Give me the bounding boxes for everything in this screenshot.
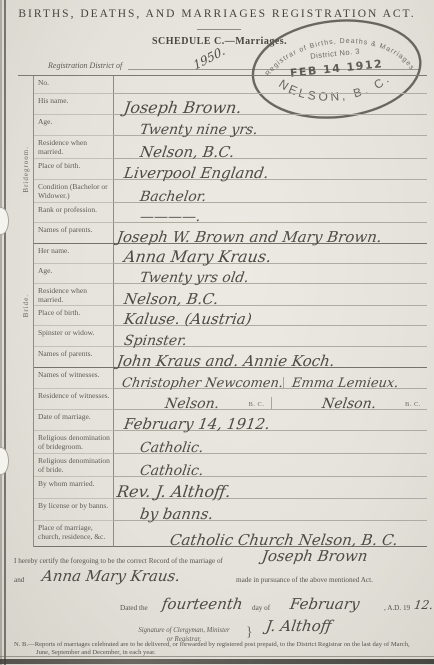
form-row-license-or-banns: By license or by banns. by banns. (18, 499, 427, 521)
row-label: By whom married. (34, 477, 114, 499)
form-row-profession: Rank or profession. ————. (18, 203, 427, 223)
row-label: Place of marriage, church, residence, &c… (34, 521, 114, 547)
and-label: and (14, 576, 24, 584)
row-value: John Kraus and. Annie Koch. (113, 354, 336, 369)
row-value: Liverpool England. (113, 166, 270, 181)
row-label: Residence of witnesses. (34, 389, 114, 410)
registrar-signature: J. Althoff (265, 619, 332, 634)
row-value: by banns. (113, 507, 214, 522)
row-label: Residence when married. (34, 284, 114, 306)
row-label: Her name. (34, 244, 114, 264)
dated-year: 12. (413, 599, 434, 611)
form-row-her-age: Age. Twenty yrs old. (18, 264, 427, 284)
certified-groom-name: Joseph Brown (261, 549, 368, 564)
form-row-marriage-place: Place of marriage, church, residence, &c… (18, 521, 427, 547)
row-label: Date of marriage. (34, 410, 114, 431)
scan-edge-outer (0, 0, 2, 665)
witness2-residence: Nelson. (321, 397, 377, 411)
witness1-residence: Nelson. (164, 397, 220, 411)
row-label: His name. (34, 94, 114, 115)
row-label: Names of witnesses. (34, 368, 114, 389)
dated-day: fourteenth (161, 597, 244, 612)
form-row-by-whom-married: By whom married. Rev. J. Althoff. (18, 477, 427, 499)
signature-brace: } (246, 625, 253, 641)
row-value: Kaluse. (Austria) (113, 312, 253, 327)
form-row-her-residence: Residence when married. Nelson, B.C. (18, 284, 427, 306)
stamp-district: District No. 3 (310, 47, 361, 61)
marriage-form-table: Bridegroom. Bride. No. His name. Joseph … (18, 75, 427, 547)
row-value: Twenty yrs old. (113, 271, 250, 285)
title-rule (197, 29, 241, 30)
row-label: Religious denomination of bridegroom. (34, 431, 114, 454)
witness1-province: B. C. (248, 401, 264, 408)
row-value: Joseph Brown. (113, 100, 243, 116)
scan-edge-bottom (0, 659, 434, 664)
certify-text: I hereby certify the foregoing to be the… (14, 557, 223, 565)
day-of-label: day of (252, 604, 270, 612)
row-value: February 14, 1912. (113, 417, 271, 432)
form-row-witness-names: Names of witnesses. Christopher Newcomen… (18, 368, 427, 389)
row-label: Spinster or widow. (34, 326, 114, 347)
registration-district-label: Registration District of (48, 61, 122, 70)
form-row-her-parents: Names of parents. John Kraus and. Annie … (18, 347, 427, 368)
certified-bride-name: Anna Mary Kraus. (41, 569, 181, 584)
form-row-his-name: His name. Joseph Brown. (18, 94, 427, 115)
row-value: Spinster. (113, 334, 188, 348)
form-row-her-name: Her name. Anna Mary Kraus. (18, 244, 427, 264)
form-row-condition: Condition (Bachelor or Widower.) Bachelo… (18, 180, 427, 203)
dated-month: February (289, 597, 361, 612)
form-row-his-residence: Residence when married. Nelson, B.C. (18, 136, 427, 159)
row-label: Condition (Bachelor or Widower.) (34, 180, 114, 203)
row-value: Twenty nine yrs. (113, 123, 259, 137)
form-row-her-birthplace: Place of birth. Kaluse. (Austria) (18, 306, 427, 326)
row-label: Names of parents. (34, 223, 114, 244)
row-value: ————. (113, 210, 201, 224)
hole-punch-top (0, 207, 9, 235)
row-label: Age. (34, 264, 114, 284)
row-value: Bachelor. (113, 190, 207, 204)
form-row-marriage-date: Date of marriage. February 14, 1912. (18, 410, 427, 431)
registration-form-scan: BIRTHS, DEATHS, AND MARRIAGES REGISTRATI… (0, 0, 434, 665)
row-label: Religious denomination of bride. (34, 454, 114, 477)
scan-edge-left (4, 0, 6, 665)
row-label: By license or by banns. (34, 499, 114, 521)
form-row-his-birthplace: Place of birth. Liverpool England. (18, 159, 427, 180)
form-row-his-parents: Names of parents. Joseph W. Brown and Ma… (18, 223, 427, 244)
row-value: Nelson, B.C. (113, 292, 219, 307)
form-row-no: No. (18, 76, 427, 94)
row-label: Names of parents. (34, 347, 114, 368)
form-row-spinster: Spinster or widow. Spinster. (18, 326, 427, 347)
row-label: Place of birth. (34, 159, 114, 180)
row-label: Place of birth. (34, 306, 114, 326)
form-row-denom-bride: Religious denomination of bride. Catholi… (18, 454, 427, 477)
row-value: Catholic Church Nelson, B. C. (113, 533, 399, 548)
certify-suffix: made in pursuance of the above mentioned… (236, 576, 373, 584)
hole-punch-bottom (0, 447, 9, 475)
row-value: Anna Mary Kraus. (113, 249, 272, 265)
row-value: Rev. J. Althoff. (113, 484, 232, 500)
form-row-denom-bridegroom: Religious denomination of bridegroom. Ca… (18, 431, 427, 454)
row-value: Catholic. (113, 464, 204, 478)
row-label: Residence when married. (34, 136, 114, 159)
row-value: Catholic. (113, 441, 204, 455)
row-label: Rank or profession. (34, 203, 114, 223)
row-value: Nelson, B.C. (113, 145, 235, 160)
form-row-his-age: Age. Twenty nine yrs. (18, 115, 427, 136)
certification-section: I hereby certify the foregoing to be the… (14, 549, 426, 651)
form-row-witness-residence: Residence of witnesses. Nelson. B. C. Ne… (18, 389, 427, 410)
witness2-province: B. C. (405, 401, 421, 408)
row-label: No. (34, 76, 114, 94)
ad-label: , A.D. 19 (384, 604, 410, 612)
row-label: Age. (34, 115, 114, 136)
dated-label: Dated the (120, 604, 148, 612)
footer-note: N. B.—Reports of marriages celebrated ar… (14, 641, 422, 657)
row-value: Joseph W. Brown and Mary Brown. (113, 230, 383, 245)
